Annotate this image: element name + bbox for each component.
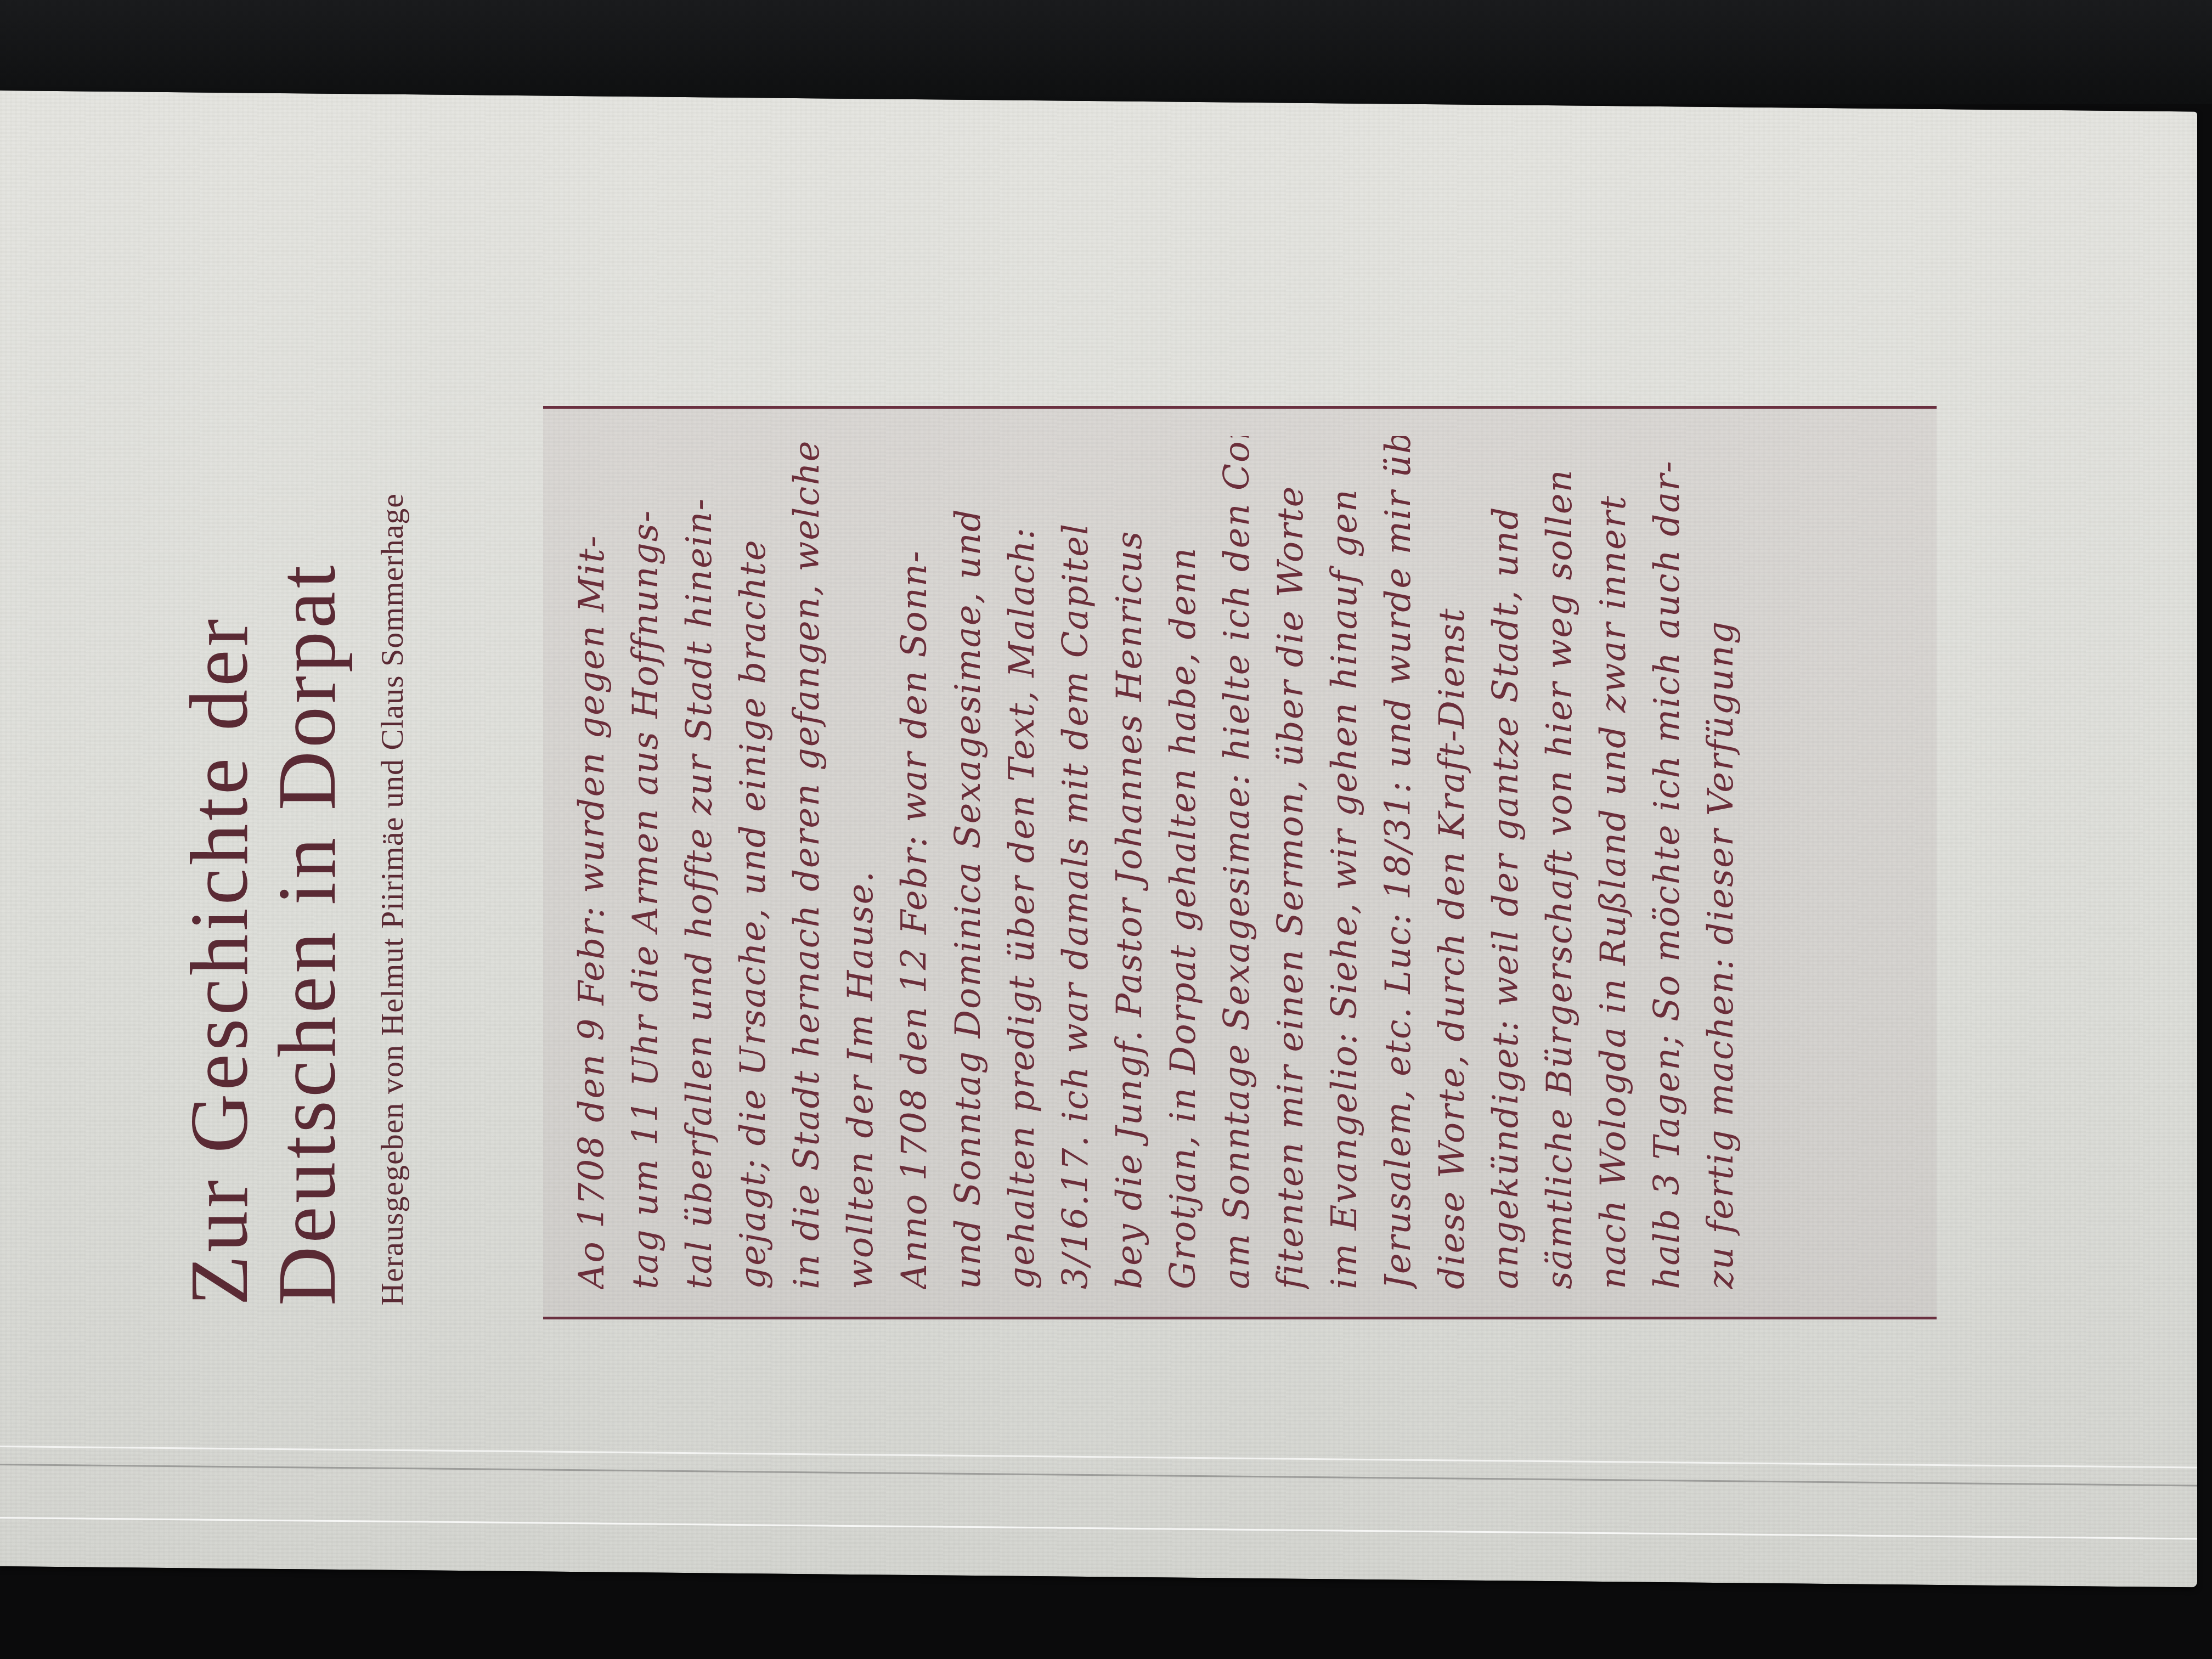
manuscript-line: diese Worte, durch den Kraft-Dienst xyxy=(1425,436,1479,1289)
title-line-2: Deutschen in Dorpat xyxy=(263,373,351,1306)
manuscript-line: im Evangelio: Siehe, wir gehen hinauf ge… xyxy=(1318,436,1372,1289)
manuscript-line: fitenten mir einen Sermon, über die Wort… xyxy=(1264,436,1318,1289)
title-line-1: Zur Geschichte der xyxy=(176,373,263,1306)
manuscript-line: Anno 1708 den 12 Febr: war den Sonn- xyxy=(888,436,941,1289)
manuscript-line: nach Wologda in Rußland und zwar innert xyxy=(1587,436,1640,1289)
title-block: Zur Geschichte der Deutschen in Dorpat H… xyxy=(176,373,483,1306)
manuscript-line: Ao 1708 den 9 Febr: wurden gegen Mit- xyxy=(565,436,619,1289)
manuscript-line: gehalten predigt über den Text, Malach: xyxy=(995,436,1049,1289)
manuscript-text: Ao 1708 den 9 Febr: wurden gegen Mit- ta… xyxy=(543,409,1937,1317)
manuscript-line: tal überfallen und hoffte zur Stadt hine… xyxy=(673,436,726,1289)
manuscript-line: und Sonntag Dominica Sexagesimae, und xyxy=(941,436,995,1289)
manuscript-line: tag um 11 Uhr die Armen aus Hoffnungs- xyxy=(619,436,673,1289)
manuscript-line: zu fertig machen: dieser Verfügung xyxy=(1694,436,1748,1289)
manuscript-line: angekündiget: weil der gantze Stadt, und xyxy=(1479,436,1533,1289)
manuscript-line: am Sonntage Sexagesimae: hielte ich den … xyxy=(1210,436,1264,1289)
spine-edge xyxy=(0,1517,2197,1550)
manuscript-line: sämtliche Bürgerschaft von hier weg soll… xyxy=(1533,436,1587,1289)
manuscript-line: Jerusalem, etc. Luc: 18/31: und wurde mi… xyxy=(1372,436,1425,1289)
manuscript-line: gejagt; die Ursache, und einige brachte xyxy=(726,436,780,1289)
manuscript-line: bey die Jungf. Pastor Johannes Henricus xyxy=(1103,436,1156,1289)
manuscript-line: wollten der Im Hause. xyxy=(834,436,888,1289)
editors-credit: Herausgegeben von Helmut Piirimäe und Cl… xyxy=(373,373,411,1306)
manuscript-line: in die Stadt hernach deren gefangen, wel… xyxy=(780,436,834,1289)
manuscript-facsimile: Ao 1708 den 9 Febr: wurden gegen Mit- ta… xyxy=(543,406,1937,1319)
manuscript-line: 3/16.17. ich war damals mit dem Capitel xyxy=(1049,436,1103,1289)
manuscript-line: Grotjan, in Dorpat gehalten habe, denn xyxy=(1156,436,1210,1289)
dark-background xyxy=(0,0,2212,104)
spine-crease xyxy=(0,1446,2197,1486)
manuscript-line: halb 3 Tagen; So möchte ich mich auch da… xyxy=(1640,436,1694,1289)
